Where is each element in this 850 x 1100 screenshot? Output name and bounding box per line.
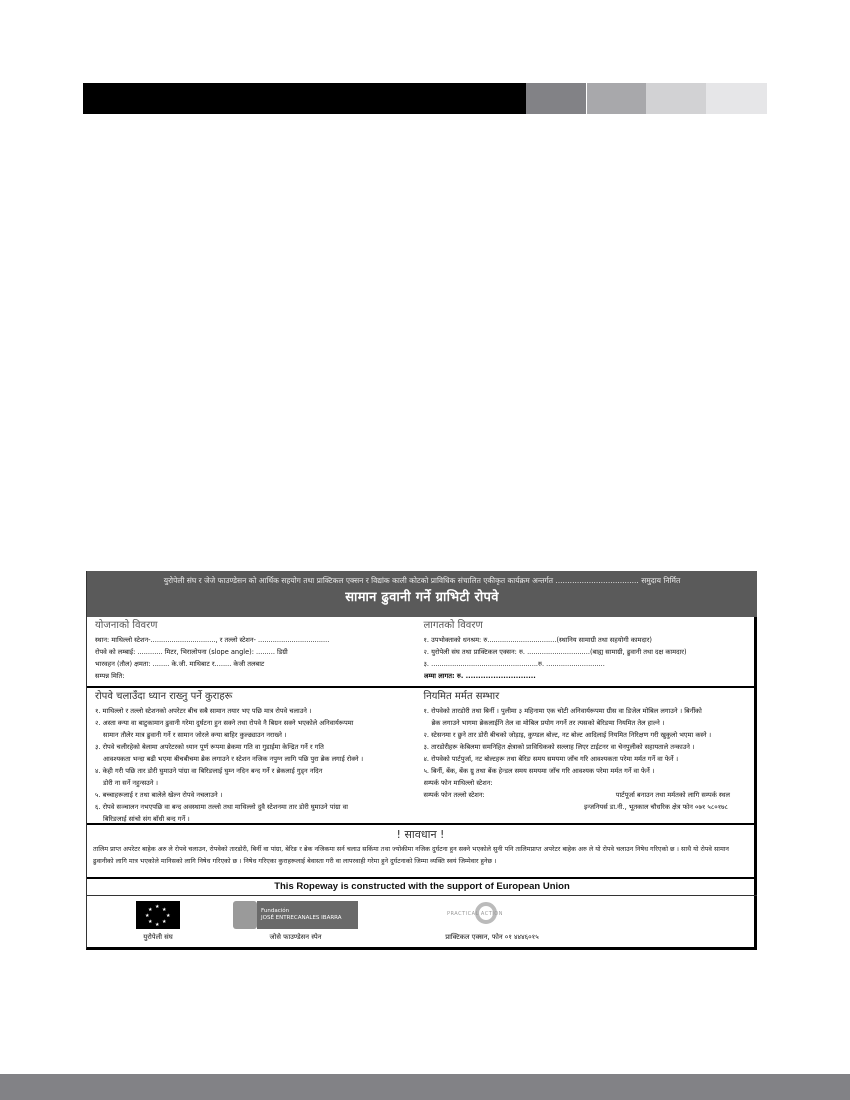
fundacion-logo-icon: Fundación JOSÉ ENTRECANALES IBARRA bbox=[233, 901, 358, 929]
eu-flag-icon: ★ ★ ★ ★ ★ ★ ★ ★ bbox=[136, 901, 180, 929]
ropeway-signboard: युरोपेली संघ र जेजे फाउण्डेसन को आर्थिक … bbox=[86, 571, 757, 950]
fje-caption: जोसे फाउण्डेसन स्पेन bbox=[233, 931, 358, 943]
precaution-item: डोरी ना सर्ने नहुन्सउने । bbox=[95, 777, 414, 789]
practical-action-logo-block: PRACTICAL ACTION प्राक्टिकल एक्सन, फोन ०… bbox=[417, 901, 567, 943]
practical-action-caption: प्राक्टिकल एक्सन, फोन ०१ ४४४६०१५ bbox=[417, 931, 567, 943]
precaution-item: बिरिङलाई सांचो संग बाँधी बन्द गर्ने । bbox=[95, 813, 414, 825]
precaution-item: १. माथिल्लो र तल्लो स्टेशनको अपरेटर बीच … bbox=[95, 705, 414, 717]
contact-lower-station: सम्पर्क फोन तल्लो स्टेशन: bbox=[424, 789, 485, 801]
maintenance-item: ब्रेक लगाउने भागमा ब्रेकलाईनि तेल वा मोब… bbox=[424, 717, 749, 729]
contact-upper-station: सम्पर्क फोन माथिल्लो स्टेशन: bbox=[424, 777, 749, 789]
header-bar-black-segment bbox=[83, 83, 526, 114]
fje-logo-block: Fundación JOSÉ ENTRECANALES IBARRA जोसे … bbox=[233, 901, 358, 943]
project-details-title: योजनाको विवरण bbox=[95, 619, 414, 633]
precaution-item: ३. रोपवे चलीरहेको बेलामा अपरेटरको ध्यान … bbox=[95, 741, 414, 753]
header-bar-gray-segment-3 bbox=[646, 83, 706, 114]
maintenance-item: १. रोपवेको तारडोरी तथा बिर्नी । पुलीमा ३… bbox=[424, 705, 749, 717]
project-detail-line: रोपवे को लम्बाई: ............ मिटर, भिरा… bbox=[95, 646, 414, 658]
precaution-item: ५. बच्चाहरूलाई र तथा बालेले खेल्न रोपवे … bbox=[95, 789, 414, 801]
maintenance-section: नियमित मर्मत सम्भार १. रोपवेको तारडोरी त… bbox=[420, 688, 755, 823]
fundacion-logo-text: Fundación JOSÉ ENTRECANALES IBARRA bbox=[257, 901, 358, 929]
maintenance-item: ४. रोपवेको पार्टपुर्जा, नट बोल्टहरू तथा … bbox=[424, 753, 749, 765]
details-row: योजनाको विवरण स्थान: माथिल्लो स्टेशन-...… bbox=[87, 617, 754, 686]
maintenance-item: ३. तारडोरीहरू केबिलमा समनिहित क्षेत्राको… bbox=[424, 741, 749, 753]
instructions-row: रोपवे चलाउँदा ध्यान राख्नु पर्ने कुराहरू… bbox=[87, 688, 754, 823]
header-bar-gray-segment-1 bbox=[526, 83, 586, 114]
operation-precautions-section: रोपवे चलाउँदा ध्यान राख्नु पर्ने कुराहरू… bbox=[87, 688, 420, 823]
cost-detail-line: २. युरोपेली संघ तथा प्राक्टिकल एक्सन: रु… bbox=[424, 646, 749, 658]
workshop-name: पार्टपूर्जा बनाउन तथा मर्मतको लागि सम्पर… bbox=[616, 789, 730, 801]
eu-support-line: This Ropeway is constructed with the sup… bbox=[87, 877, 757, 896]
page-header-bar bbox=[83, 83, 767, 114]
precaution-item: २. अस्ता क्न्या वा बाटुकामान ढुवानी गरेम… bbox=[95, 717, 414, 729]
signboard-title: सामान ढुवानी गर्ने ग्राभिटी रोपवे bbox=[87, 587, 757, 609]
eu-logo-block: ★ ★ ★ ★ ★ ★ ★ ★ युरोपेली संघ bbox=[134, 901, 182, 943]
precaution-item: आवश्यकता भन्दा बढी भएमा बीचबीचमा ब्रेक ल… bbox=[95, 753, 414, 765]
cost-detail-line: १. उपभोक्ताको धनश्रम: रु................… bbox=[424, 634, 749, 646]
project-details-section: योजनाको विवरण स्थान: माथिल्लो स्टेशन-...… bbox=[87, 617, 420, 686]
fundacion-logo-line1: Fundación bbox=[261, 908, 358, 915]
cost-total: जम्मा लागत: रु. ........................… bbox=[424, 670, 749, 682]
cost-details-title: लागतको विवरण bbox=[424, 619, 749, 633]
project-detail-line: स्थान: माथिल्लो स्टेशन-.................… bbox=[95, 634, 414, 646]
contact-lower-row: सम्पर्क फोन तल्लो स्टेशन: पार्टपूर्जा बन… bbox=[424, 789, 749, 801]
signboard-header: युरोपेली संघ र जेजे फाउण्डेसन को आर्थिक … bbox=[87, 571, 757, 617]
maintenance-title: नियमित मर्मत सम्भार bbox=[424, 690, 749, 704]
practical-action-logo-icon: PRACTICAL ACTION bbox=[417, 901, 567, 929]
project-detail-line: सम्पन्न मिति: bbox=[95, 670, 414, 682]
cost-detail-line: ३. .....................................… bbox=[424, 658, 749, 670]
warning-section: ! सावधान ! तालिम प्राप्त अपरेटर बाहेक अर… bbox=[87, 825, 754, 877]
sponsor-logos: ★ ★ ★ ★ ★ ★ ★ ★ युरोपेली संघ Fundación J… bbox=[87, 896, 754, 954]
header-bar-gray-segment-4 bbox=[706, 83, 767, 114]
precaution-item: ६. रोपवे सञ्चालन नभएपछि वा बन्द अवस्थामा… bbox=[95, 801, 414, 813]
project-detail-line: भारवहन (तौल) क्षमता: ........ के.जी. माथ… bbox=[95, 658, 414, 670]
precaution-item: ४. केही गरी पछि तार डोरी घुमाउने पांग्रा… bbox=[95, 765, 414, 777]
maintenance-item: ५. बिर्नी, बेंक, बेंक ग्रु तथा बेंक हेन्… bbox=[424, 765, 749, 777]
fundacion-logo-line2: JOSÉ ENTRECANALES IBARRA bbox=[261, 915, 358, 922]
precaution-item: सामान तौलेर मात्र ढुवानी गर्ने र सामान ज… bbox=[95, 729, 414, 741]
fundacion-seal-icon bbox=[233, 901, 257, 929]
eu-caption: युरोपेली संघ bbox=[134, 931, 182, 943]
workshop-address: इन्जनियर्स डा.नी., भूतकाल चौधरिक क्षेत्र… bbox=[424, 801, 749, 813]
cost-details-section: लागतको विवरण १. उपभोक्ताको धनश्रम: रु...… bbox=[420, 617, 755, 686]
page-footer-band bbox=[0, 1074, 850, 1100]
practical-action-logo-text: PRACTICAL ACTION bbox=[447, 911, 503, 917]
maintenance-item: २. स्टेसनमा र छुने तार डोरी बीचको जोड़ाइ… bbox=[424, 729, 749, 741]
warning-text: तालिम प्राप्त अपरेटर बाहेक अरु ले रोपवे … bbox=[87, 843, 754, 867]
warning-title: ! सावधान ! bbox=[87, 827, 754, 843]
operation-precautions-title: रोपवे चलाउँदा ध्यान राख्नु पर्ने कुराहरू bbox=[95, 690, 414, 704]
signboard-subtitle: युरोपेली संघ र जेजे फाउण्डेसन को आर्थिक … bbox=[87, 575, 757, 587]
header-bar-gray-segment-2 bbox=[587, 83, 646, 114]
